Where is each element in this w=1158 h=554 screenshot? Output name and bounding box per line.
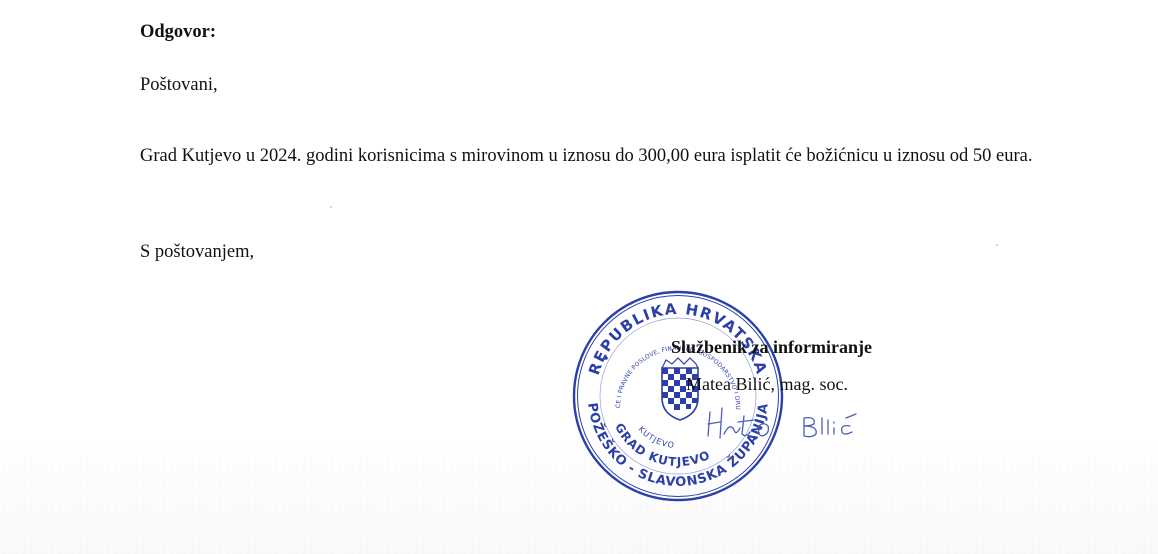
- answer-heading: Odgovor:: [140, 16, 216, 49]
- signatory-name: Matea Bilić, mag. soc.: [686, 374, 848, 395]
- scan-speck: [330, 206, 332, 208]
- answer-body: Grad Kutjevo u 2024. godini korisnicima …: [140, 140, 1040, 173]
- greeting: Poštovani,: [140, 69, 218, 102]
- scan-speck: [996, 244, 998, 246]
- official-stamp: REPUBLIKA HRVATSKA POŽEŠKO - SLAVONSKA Ž…: [570, 288, 786, 504]
- signature-title: Službenik za informiranje: [671, 337, 872, 358]
- closing: S poštovanjem,: [140, 236, 254, 269]
- handwritten-signature: [700, 398, 880, 448]
